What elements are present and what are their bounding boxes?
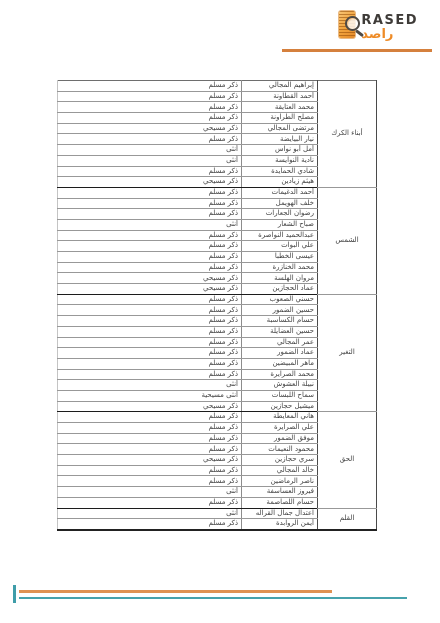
list-name-cell: الشمس — [318, 187, 377, 294]
candidate-name-cell: أمل أبو نواس — [242, 145, 318, 156]
candidate-name-cell: مصلح الطراونة — [242, 113, 318, 124]
footer-tick-bar — [13, 585, 16, 603]
candidate-gender-cell: ذكر مسيحي — [58, 177, 242, 188]
candidate-gender-cell: أنثى — [58, 487, 242, 498]
candidate-gender-cell: ذكر مسلم — [58, 316, 242, 327]
candidate-name-cell: حسين العضايلة — [242, 326, 318, 337]
candidate-name-cell: هيثم زيادين — [242, 177, 318, 188]
candidate-row: الشمسأحمد الدغيماتذكر مسلم — [58, 187, 377, 198]
candidate-name-cell: علي الصرايرة — [242, 423, 318, 434]
candidate-gender-cell: ذكر مسلم — [58, 433, 242, 444]
candidate-name-cell: سماح اللبسات — [242, 390, 318, 401]
candidate-row: القلماعتدال جمال القرالهأنثى — [58, 508, 377, 519]
report-page: { "header": { "logo": { "latin": "RASED"… — [0, 0, 440, 623]
candidate-gender-cell: أنثى — [58, 219, 242, 230]
candidate-name-cell: أحمد الدغيمات — [242, 187, 318, 198]
candidate-name-cell: سري حجازين — [242, 455, 318, 466]
candidate-name-cell: نيار البيايضة — [242, 134, 318, 145]
candidate-name-cell: عماد الضمور — [242, 348, 318, 359]
candidate-gender-cell: ذكر مسلم — [58, 465, 242, 476]
candidate-name-cell: حسام اللصاصمة — [242, 497, 318, 508]
candidate-gender-cell: ذكر مسلم — [58, 444, 242, 455]
candidate-name-cell: خلف الهويمل — [242, 198, 318, 209]
candidate-name-cell: محمود النعيمات — [242, 444, 318, 455]
candidate-gender-cell: ذكر مسلم — [58, 81, 242, 92]
list-name-cell: القلم — [318, 508, 377, 530]
candidate-gender-cell: ذكر مسلم — [58, 476, 242, 487]
candidate-name-cell: حسام الكساسبة — [242, 316, 318, 327]
candidate-row: التغيرحسني الصعوبذكر مسلم — [58, 294, 377, 305]
candidate-gender-cell: ذكر مسيحي — [58, 123, 242, 134]
candidate-name-cell: ناصر الرماضين — [242, 476, 318, 487]
magnifier-lens-icon — [345, 16, 360, 31]
candidate-name-cell: فيروز العساسفة — [242, 487, 318, 498]
candidate-gender-cell: ذكر مسلم — [58, 412, 242, 423]
candidate-gender-cell: ذكر مسلم — [58, 241, 242, 252]
candidate-gender-cell: ذكر مسلم — [58, 262, 242, 273]
candidate-name-cell: عيسى الخطبا — [242, 252, 318, 263]
candidate-gender-cell: ذكر مسلم — [58, 358, 242, 369]
candidate-gender-cell: ذكر مسلم — [58, 166, 242, 177]
candidate-gender-cell: ذكر مسلم — [58, 91, 242, 102]
candidate-gender-cell: ذكر مسلم — [58, 198, 242, 209]
candidate-gender-cell: ذكر مسيحي — [58, 284, 242, 295]
candidate-gender-cell: ذكر مسيحي — [58, 401, 242, 412]
candidate-gender-cell: ذكر مسيحي — [58, 273, 242, 284]
logo-text: RASED راصد — [361, 14, 418, 41]
candidate-name-cell: أيمن الروابدة — [242, 519, 318, 530]
candidate-gender-cell: أنثى — [58, 508, 242, 519]
candidate-name-cell: رضوان الجعارات — [242, 209, 318, 220]
candidate-gender-cell: ذكر مسلم — [58, 497, 242, 508]
candidate-gender-cell: ذكر مسلم — [58, 230, 242, 241]
header-rule — [282, 49, 432, 52]
candidate-gender-cell: ذكر مسلم — [58, 134, 242, 145]
candidate-name-cell: أحمد القطاونة — [242, 91, 318, 102]
candidate-name-cell: صباح الشعار — [242, 219, 318, 230]
candidate-gender-cell: أنثى — [58, 380, 242, 391]
footer-teal-rule — [19, 597, 407, 599]
candidate-gender-cell: أنثى — [58, 145, 242, 156]
candidate-gender-cell: ذكر مسلم — [58, 294, 242, 305]
candidate-gender-cell: ذكر مسلم — [58, 423, 242, 434]
candidate-gender-cell: أنثى — [58, 155, 242, 166]
candidate-gender-cell: ذكر مسلم — [58, 252, 242, 263]
candidate-name-cell: محمد الصرايرة — [242, 369, 318, 380]
roster-section: أبناء الكركإبراهيم المجاليذكر مسلمأحمد ا… — [57, 80, 377, 531]
candidate-gender-cell: ذكر مسلم — [58, 102, 242, 113]
candidate-name-cell: محمد العتايقة — [242, 102, 318, 113]
candidate-gender-cell: ذكر مسلم — [58, 369, 242, 380]
candidate-name-cell: ميشيل حجازين — [242, 401, 318, 412]
list-name-cell: التغير — [318, 294, 377, 412]
candidate-gender-cell: ذكر مسلم — [58, 209, 242, 220]
candidate-name-cell: موفق الضمور — [242, 433, 318, 444]
candidate-name-cell: إبراهيم المجالي — [242, 81, 318, 92]
candidate-name-cell: مروان الهلسة — [242, 273, 318, 284]
candidate-row: أبناء الكركإبراهيم المجاليذكر مسلم — [58, 81, 377, 92]
candidate-gender-cell: ذكر مسلم — [58, 113, 242, 124]
logo-latin-wordmark: RASED — [361, 14, 418, 27]
candidate-gender-cell: ذكر مسلم — [58, 337, 242, 348]
candidate-name-cell: حسين الضمور — [242, 305, 318, 316]
candidate-gender-cell: ذكر مسلم — [58, 326, 242, 337]
candidate-name-cell: علي البوات — [242, 241, 318, 252]
candidate-row: الحقهاني المعايطةذكر مسلم — [58, 412, 377, 423]
roster-body: أبناء الكركإبراهيم المجاليذكر مسلمأحمد ا… — [58, 81, 377, 530]
footer-orange-rule — [19, 590, 332, 593]
candidate-gender-cell: ذكر مسلم — [58, 519, 242, 530]
magnifier-document-icon — [339, 11, 359, 38]
candidate-name-cell: شادي الحمايدة — [242, 166, 318, 177]
candidate-name-cell: ماهر المبيضين — [242, 358, 318, 369]
candidate-name-cell: عماد الحجازين — [242, 284, 318, 295]
candidate-name-cell: خالد المجالي — [242, 465, 318, 476]
candidate-name-cell: حسني الصعوب — [242, 294, 318, 305]
logo-arabic-wordmark: راصد — [361, 28, 418, 41]
candidate-name-cell: نبيلة العشوش — [242, 380, 318, 391]
candidate-name-cell: عبدالحميد النواصرة — [242, 230, 318, 241]
candidate-name-cell: اعتدال جمال القراله — [242, 508, 318, 519]
candidate-gender-cell: ذكر مسيحي — [58, 455, 242, 466]
rased-logo: RASED راصد — [339, 11, 418, 41]
candidate-name-cell: محمد الخنازرة — [242, 262, 318, 273]
candidate-gender-cell: ذكر مسلم — [58, 305, 242, 316]
candidate-name-cell: هاني المعايطة — [242, 412, 318, 423]
candidate-name-cell: نادية النوايسة — [242, 155, 318, 166]
candidate-gender-cell: ذكر مسلم — [58, 187, 242, 198]
candidate-name-cell: مرتضى المجالي — [242, 123, 318, 134]
candidate-name-cell: عمر المجالي — [242, 337, 318, 348]
list-name-cell: أبناء الكرك — [318, 81, 377, 188]
roster-table: أبناء الكركإبراهيم المجاليذكر مسلمأحمد ا… — [57, 80, 377, 531]
list-name-cell: الحق — [318, 412, 377, 508]
candidate-gender-cell: أنثى مسيحية — [58, 390, 242, 401]
candidate-gender-cell: ذكر مسلم — [58, 348, 242, 359]
